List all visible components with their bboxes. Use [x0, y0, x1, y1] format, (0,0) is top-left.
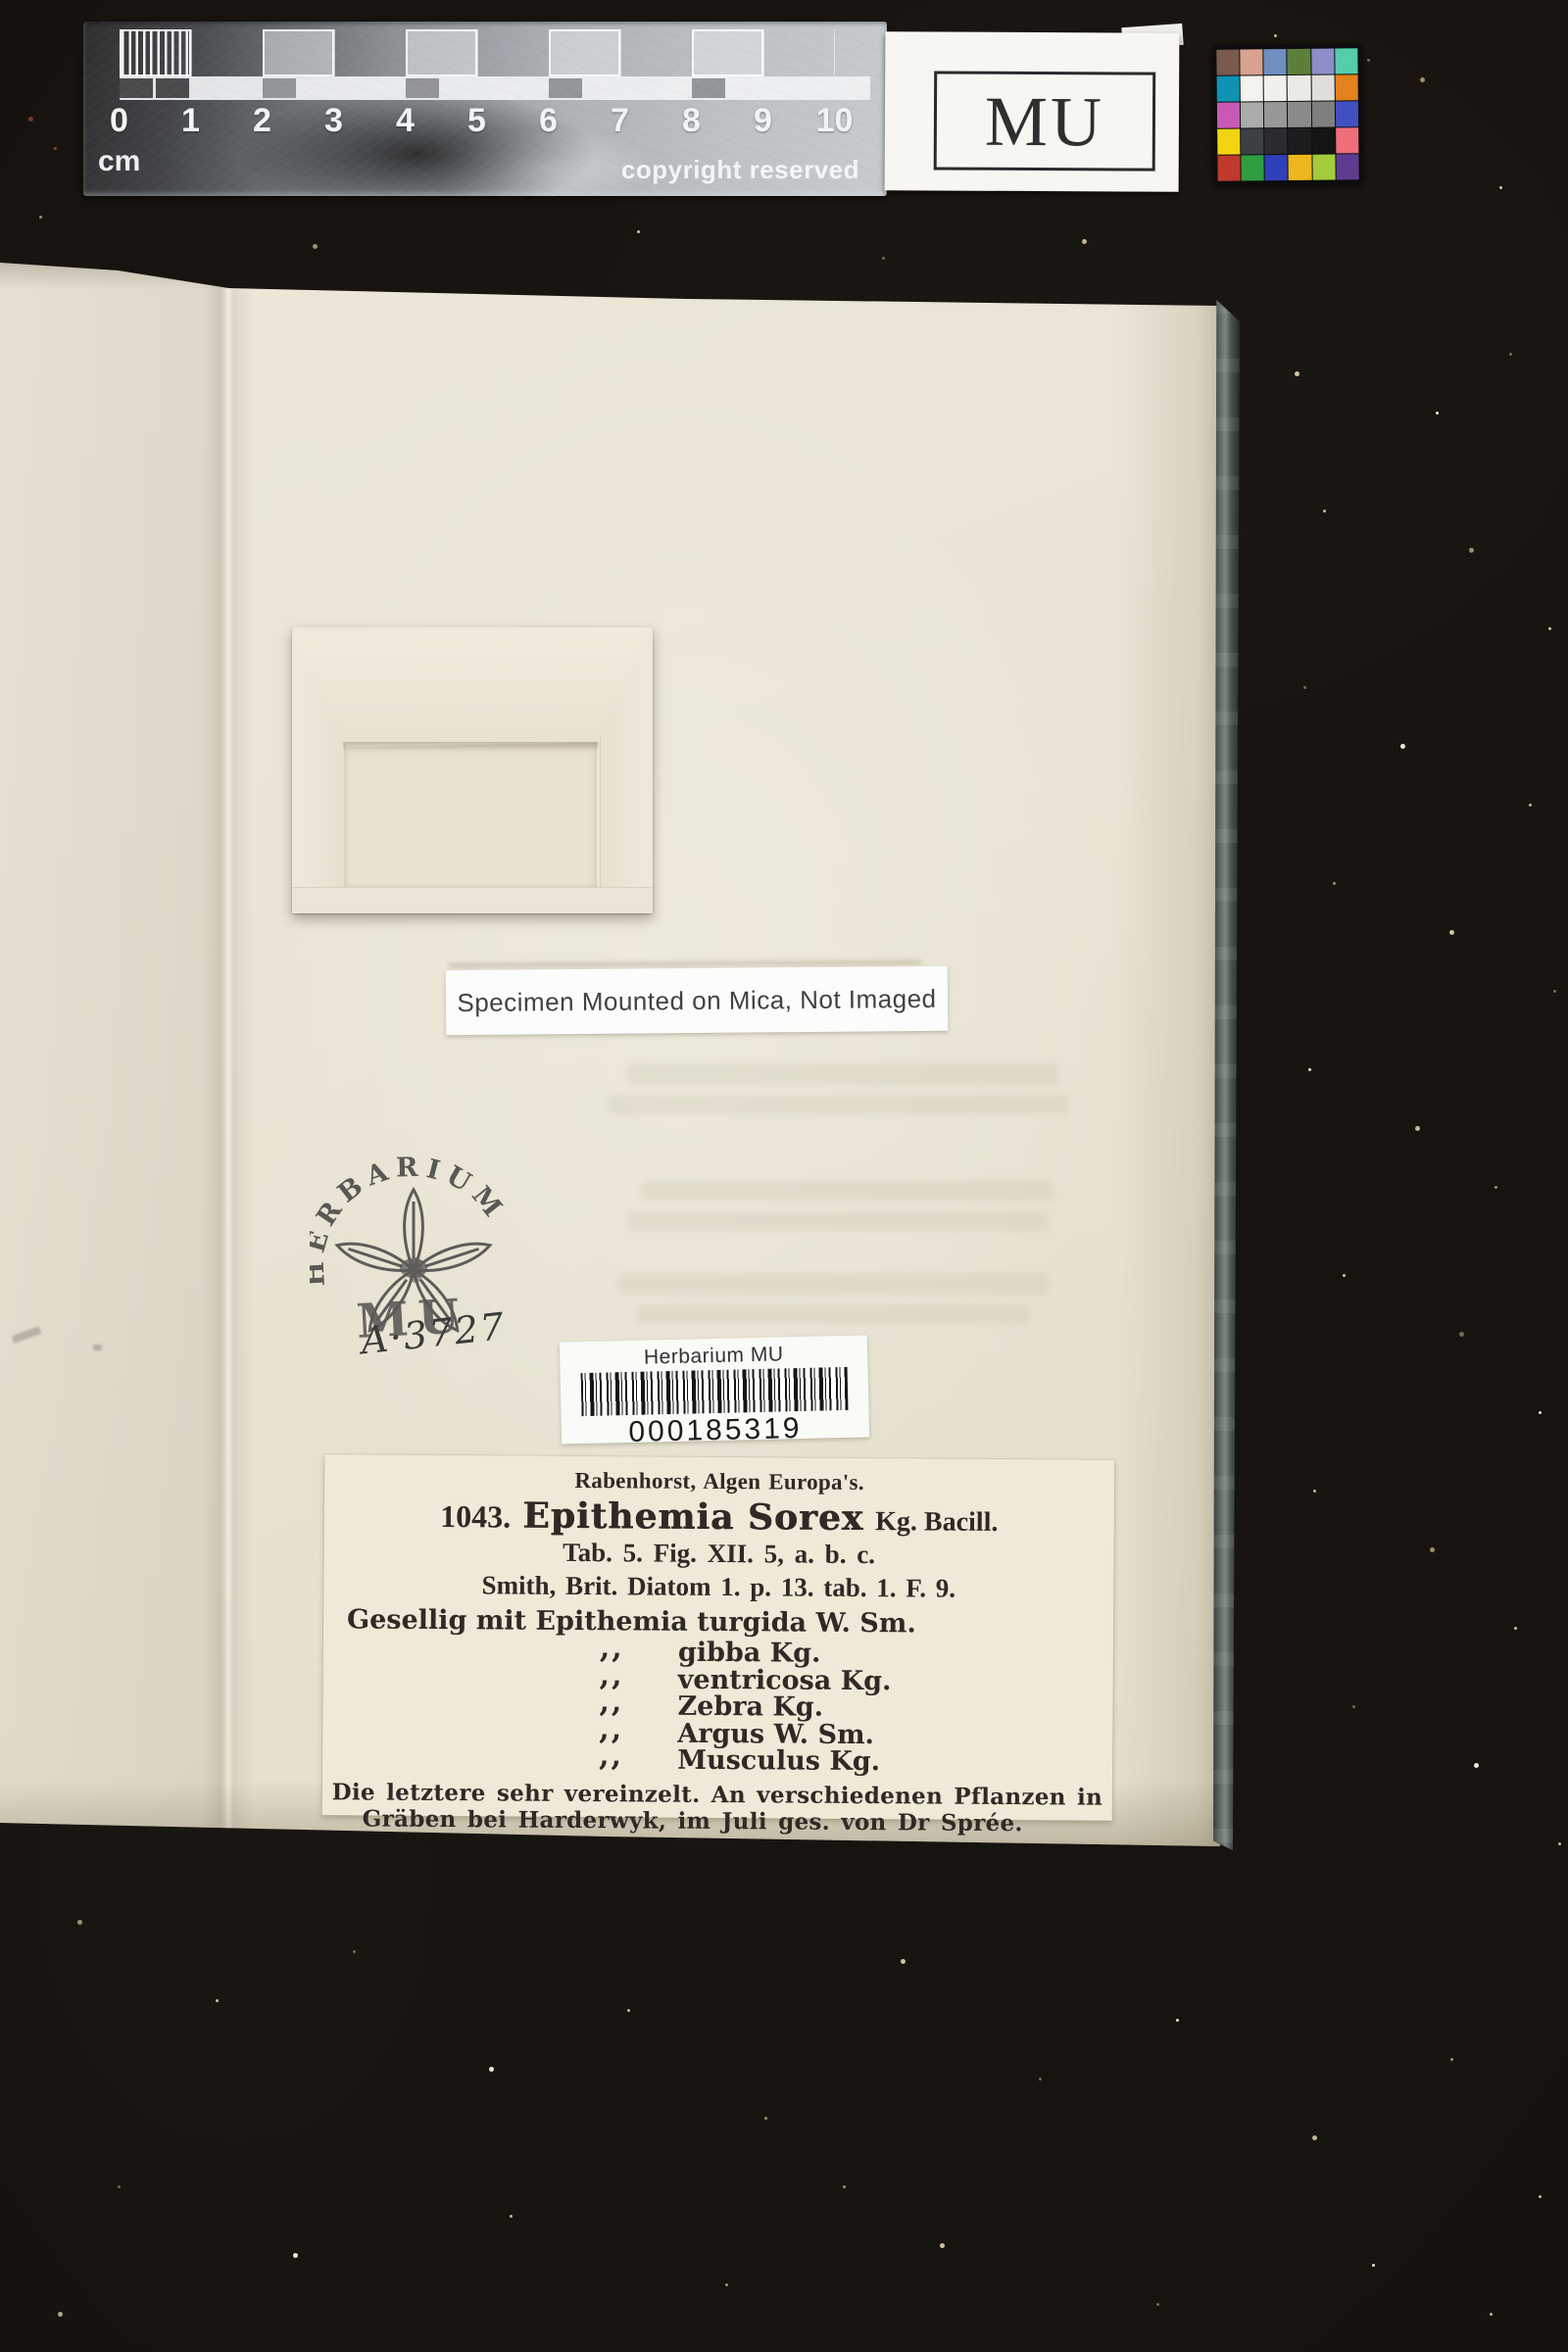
label-associates-list: ,, gibba Kg. ,, ventricosa Kg. ,, Zebra … — [322, 1635, 1113, 1775]
color-swatch — [1336, 127, 1358, 153]
copyright-reserved-label: copyright reserved — [621, 155, 859, 185]
color-swatch — [1264, 49, 1287, 74]
color-swatch — [1311, 49, 1334, 74]
color-swatch — [1240, 49, 1262, 74]
color-swatch — [1312, 127, 1335, 153]
label-note-line2: Gräben bei Harderwyk, im Juli ges. von D… — [322, 1805, 1112, 1837]
color-swatch — [1264, 102, 1287, 127]
mu-institution-card: MU — [885, 31, 1180, 192]
label-authority: Kg. Bacill. — [875, 1506, 998, 1538]
scale-bar-ruler: 012345678910 cm copyright reserved — [83, 22, 887, 196]
color-swatch — [1241, 75, 1263, 101]
color-swatch — [1336, 154, 1358, 179]
ruler-unit-label: cm — [98, 145, 140, 178]
mica-note-text: Specimen Mounted on Mica, Not Imaged — [457, 983, 936, 1017]
color-swatch — [1288, 75, 1310, 101]
label-literature-reference: Smith, Brit. Diatom 1. p. 13. tab. 1. F.… — [323, 1569, 1113, 1605]
barcode — [581, 1367, 849, 1416]
mu-card-text: MU — [985, 85, 1104, 157]
ruler-checker-cells — [120, 29, 835, 76]
page-right-shadow — [1117, 294, 1225, 1852]
color-swatch — [1289, 128, 1311, 154]
color-swatch — [1312, 101, 1335, 126]
color-swatch — [1216, 50, 1239, 75]
mu-card-frame: MU — [934, 71, 1156, 171]
envelope-flap-shadow — [343, 742, 599, 751]
gutter-crease — [202, 286, 253, 1838]
ruler-half-cm-strip — [120, 76, 870, 100]
color-swatch — [1289, 155, 1311, 180]
specimen-label: Rabenhorst, Algen Europa's. 1043. Epithe… — [322, 1454, 1115, 1821]
envelope-flap — [292, 627, 653, 748]
color-swatch — [1311, 75, 1334, 101]
color-swatch — [1241, 128, 1263, 154]
color-swatch — [1336, 101, 1358, 126]
color-checker-grid — [1216, 48, 1358, 181]
color-swatch — [1288, 49, 1310, 74]
color-swatch — [1217, 76, 1240, 102]
color-swatch — [1217, 103, 1240, 128]
barcode-label: Herbarium MU 000185319 — [560, 1335, 869, 1444]
label-figure-reference: Tab. 5. Fig. XII. 5, a. b. c. — [323, 1536, 1113, 1572]
label-associate-row: ,, Musculus Kg. — [322, 1742, 1112, 1775]
color-swatch — [1312, 154, 1335, 179]
color-swatch — [1335, 48, 1357, 73]
bleed-through-text — [627, 1212, 1049, 1230]
barcode-number: 000185319 — [562, 1410, 870, 1450]
herbarium-photo: 012345678910 cm copyright reserved MU Sp… — [0, 0, 1568, 2352]
specimen-envelope — [292, 627, 653, 913]
bleed-through-text — [637, 1305, 1029, 1323]
color-swatch — [1265, 155, 1288, 180]
bleed-through-text — [608, 1095, 1068, 1114]
color-calibration-card — [1211, 43, 1363, 186]
color-swatch — [1217, 129, 1240, 155]
envelope-pocket — [344, 742, 597, 888]
ruler-mm-ticks — [120, 29, 191, 76]
color-swatch — [1288, 102, 1310, 127]
bleed-through-text — [627, 1063, 1058, 1085]
ruler-numbers: 012345678910 — [83, 102, 870, 140]
mica-note-label: Specimen Mounted on Mica, Not Imaged — [446, 966, 949, 1035]
dust-specks — [0, 0, 3, 3]
label-number: 1043. — [440, 1498, 511, 1535]
color-swatch — [1217, 156, 1240, 181]
envelope-bottom-fold — [292, 887, 653, 913]
color-swatch — [1335, 74, 1357, 100]
ditto-mark: ,, — [599, 1739, 623, 1773]
color-swatch — [1242, 155, 1264, 180]
associate-name: Musculus Kg. — [677, 1745, 880, 1777]
color-swatch — [1264, 75, 1287, 101]
facing-page-sliver — [0, 263, 221, 1831]
color-swatch — [1241, 102, 1263, 127]
color-swatch — [1264, 128, 1287, 154]
label-taxon-line: 1043. Epithemia Sorex Kg. Bacill. — [324, 1494, 1114, 1541]
label-taxon-name: Epithemia Sorex — [522, 1495, 863, 1539]
label-series-title: Rabenhorst, Algen Europa's. — [324, 1466, 1114, 1497]
bleed-through-text — [617, 1274, 1049, 1294]
bleed-through-text — [642, 1181, 1053, 1200]
pencil-mark — [93, 1345, 102, 1350]
